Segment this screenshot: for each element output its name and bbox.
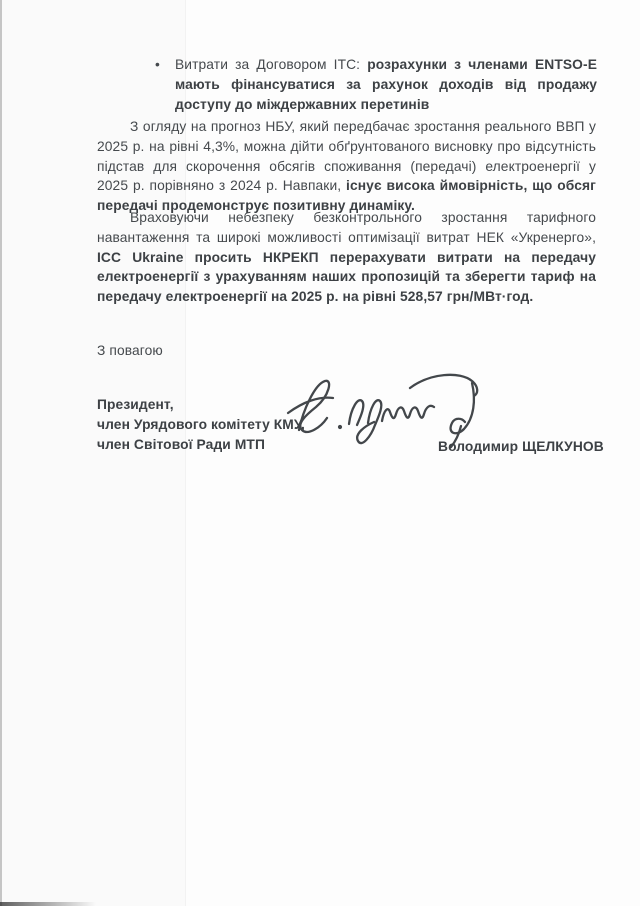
bullet-dot-icon: • [155, 55, 175, 114]
paragraph-gdp-forecast: З огляду на прогноз НБУ, який передбачає… [97, 117, 596, 216]
signer-title-line-1: Президент, [97, 395, 305, 415]
signer-title-line-2: член Урядового комітету КМУ, [97, 415, 305, 435]
signer-name: Володимир ЩЕЛКУНОВ [438, 437, 604, 457]
paragraph-2-regular: Враховуючи небезпеку безконтрольного зро… [97, 210, 596, 245]
bullet-list-item: • Витрати за Договором ITC: розрахунки з… [155, 55, 597, 114]
signer-title-line-3: член Світової Ради МТП [97, 435, 305, 455]
closing-salutation: З повагою [97, 341, 163, 361]
bullet-text-regular: Витрати за Договором ITC: [175, 57, 367, 72]
scan-smudge-artifact [0, 902, 96, 906]
paragraph-tariff-request: Враховуючи небезпеку безконтрольного зро… [97, 208, 596, 307]
paragraph-2-bold: ICC Ukraine просить НКРЕКП перерахувати … [97, 250, 596, 305]
signer-title-block: Президент, член Урядового комітету КМУ, … [97, 395, 305, 455]
scan-edge-artifact [0, 0, 2, 906]
scanned-letter-page: • Витрати за Договором ITC: розрахунки з… [0, 0, 640, 906]
bullet-item-text: Витрати за Договором ITC: розрахунки з ч… [175, 55, 597, 114]
